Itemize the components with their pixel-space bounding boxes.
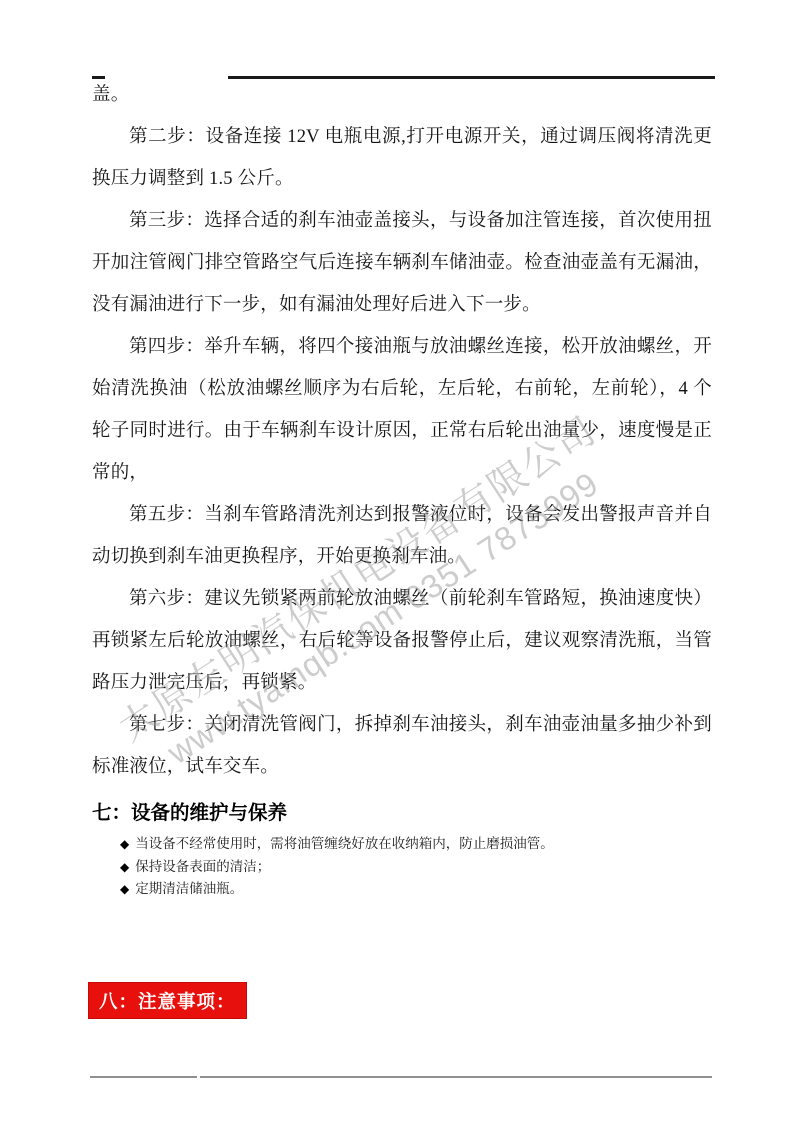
footer-rule-left	[90, 1076, 197, 1078]
section-8-notice-heading: 八：注意事项：	[88, 982, 247, 1019]
diamond-bullet-icon: ◆	[120, 833, 129, 856]
section-7-heading: 七：设备的维护与保养	[92, 797, 712, 829]
bullet-text: 定期清洁储油瓶。	[135, 878, 243, 901]
paragraph-step-2: 第二步：设备连接 12V 电瓶电源,打开电源开关，通过调压阀将清洗更换压力调整到…	[92, 116, 712, 200]
paragraph-step-6: 第六步：建议先锁紧两前轮放油螺丝（前轮刹车管路短，换油速度快）再锁紧左后轮放油螺…	[92, 578, 712, 704]
bullet-text: 当设备不经常使用时，需将油管缠绕好放在收纳箱内，防止磨损油管。	[135, 833, 554, 856]
list-item: ◆ 定期清洁储油瓶。	[120, 878, 712, 901]
footer-rule-right	[200, 1076, 712, 1078]
list-item: ◆ 保持设备表面的清洁；	[120, 856, 712, 879]
paragraph-step-3: 第三步：选择合适的刹车油壶盖接头，与设备加注管连接，首次使用扭开加注管阀门排空管…	[92, 200, 712, 326]
bullet-text: 保持设备表面的清洁；	[135, 856, 270, 879]
page-body: 盖。 第二步：设备连接 12V 电瓶电源,打开电源开关，通过调压阀将清洗更换压力…	[92, 74, 712, 901]
diamond-bullet-icon: ◆	[120, 856, 129, 879]
paragraph-step-7: 第七步：关闭清洗管阀门，拆掉刹车油接头，刹车油壶油量多抽少补到标准液位，试车交车…	[92, 704, 712, 788]
paragraph-step-5: 第五步：当刹车管路清洗剂达到报警液位时，设备会发出警报声音并自动切换到刹车油更换…	[92, 494, 712, 578]
maintenance-bullet-list: ◆ 当设备不经常使用时，需将油管缠绕好放在收纳箱内，防止磨损油管。 ◆ 保持设备…	[92, 833, 712, 901]
list-item: ◆ 当设备不经常使用时，需将油管缠绕好放在收纳箱内，防止磨损油管。	[120, 833, 712, 856]
paragraph-continuation: 盖。	[92, 74, 712, 116]
document-page: 太原左明汽保机电设备有限公司 www.tyamqb.com 0351 78759…	[0, 0, 800, 1131]
diamond-bullet-icon: ◆	[120, 878, 129, 901]
paragraph-step-4: 第四步：举升车辆，将四个接油瓶与放油螺丝连接，松开放油螺丝，开始清洗换油（松放油…	[92, 326, 712, 494]
notice-heading-text: 八：注意事项：	[99, 988, 236, 1014]
